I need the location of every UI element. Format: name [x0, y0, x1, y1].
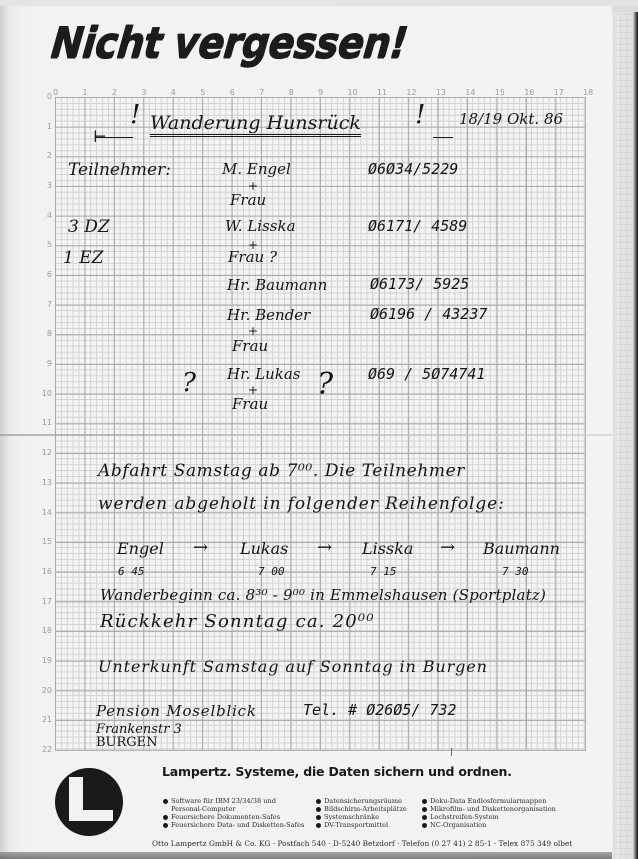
feature-text: DV-Transportmittel: [324, 821, 388, 829]
row-label: 1: [38, 122, 52, 131]
bullet-icon: [163, 823, 168, 828]
row-label: 10: [38, 389, 52, 398]
feature-item: Feuersichere Dokumenten-Safes: [163, 813, 304, 821]
row-label: 16: [38, 567, 52, 576]
feature-text: Datensicherungsräume: [324, 797, 402, 805]
note-title: Wanderung Hunsrück: [150, 114, 361, 137]
bullet-icon: [316, 799, 321, 804]
bullet-icon: [163, 815, 168, 820]
participant-phone: Ø6173/ 5925: [370, 277, 469, 292]
feature-item: Mikrofilm- und Diskettenorganisation: [422, 805, 556, 813]
feature-item: Doku-Data Endlosformularmappen: [422, 797, 556, 805]
feature-list-3: Doku-Data Endlosformularmappen Mikrofilm…: [422, 797, 556, 829]
feature-text: Mikrofilm- und Diskettenorganisation: [430, 805, 556, 813]
feature-text: Lochstreifen-System: [430, 813, 499, 821]
feature-item: NC-Organisation: [422, 821, 556, 829]
row-label: 11: [38, 418, 52, 427]
column-label: 4: [171, 88, 176, 97]
bullet-icon: [422, 807, 427, 812]
feature-item: Systemschränke: [316, 813, 407, 821]
feature-text: NC-Organisation: [430, 821, 486, 829]
participant-partner: Frau: [232, 397, 268, 412]
paper-fold: [0, 434, 612, 436]
column-label: 7: [259, 88, 264, 97]
uncertain-mark-left: ?: [182, 370, 196, 396]
row-label: 12: [38, 448, 52, 457]
column-label: 1: [82, 88, 87, 97]
row-label: 15: [38, 537, 52, 546]
row-label: 9: [38, 359, 52, 368]
feature-item: Feuersichere Data- und Disketten-Safes: [163, 821, 304, 829]
feature-text: Feuersichere Data- und Disketten-Safes: [171, 821, 304, 829]
lodging: Unterkunft Samstag auf Sonntag in Burgen: [98, 659, 488, 675]
column-label: 10: [348, 88, 358, 97]
feature-text: Systemschränke: [324, 813, 379, 821]
headline: Nicht vergessen!: [49, 18, 410, 67]
graph-paper-grid: [55, 97, 586, 751]
column-label: 6: [230, 88, 235, 97]
uncertain-mark-right: ?: [317, 370, 333, 400]
feature-list-2: Datensicherungsräume Bildschirm-Arbeitsp…: [316, 797, 407, 829]
room-count-single: 1 EZ: [63, 250, 103, 267]
row-label: 17: [38, 597, 52, 606]
feature-item: DV-Transportmittel: [316, 821, 407, 829]
arrow-head-left-icon: ⊢: [93, 129, 107, 145]
pickup-time: 7 30: [502, 566, 529, 577]
feature-list-1: Software für IBM 23/34/38 und Personal-C…: [163, 797, 304, 829]
participant-plus: +: [248, 325, 258, 337]
column-label: 3: [141, 88, 146, 97]
row-label: 2: [38, 151, 52, 160]
column-label: 16: [524, 88, 534, 97]
participant-name: Hr. Baumann: [227, 278, 327, 293]
pension-city: BURGEN: [96, 736, 158, 749]
participant-name: Hr. Bender: [227, 308, 310, 323]
column-label: 13: [436, 88, 446, 97]
bullet-icon: [422, 823, 427, 828]
stray-pen-mark: [451, 748, 452, 756]
row-label: 19: [38, 656, 52, 665]
arrow-right-icon: →: [317, 539, 332, 557]
column-label: 12: [406, 88, 416, 97]
bullet-icon: [422, 799, 427, 804]
room-count-double: 3 DZ: [68, 219, 110, 236]
feature-text: Doku-Data Endlosformularmappen: [430, 797, 546, 805]
feature-text: Bildschirm-Arbeitsplätze: [324, 805, 407, 813]
row-label: 3: [38, 181, 52, 190]
feature-item: Lochstreifen-System: [422, 813, 556, 821]
pickup-stop: Lukas: [240, 541, 288, 557]
title-exclamation-left: !: [130, 100, 140, 130]
pickup-time: 7 00: [258, 566, 285, 577]
feature-item-continued: Personal-Computer: [163, 805, 304, 813]
departure-line-2: werden abgeholt in folgender Reihenfolge…: [98, 496, 505, 513]
column-label: 8: [289, 88, 294, 97]
row-label: 5: [38, 240, 52, 249]
feature-text: Software für IBM 23/34/38 und: [171, 797, 276, 805]
participant-partner: Frau ?: [228, 250, 277, 265]
title-exclamation-right: !: [415, 100, 425, 130]
feature-text: Feuersichere Dokumenten-Safes: [171, 813, 280, 821]
participant-name: M. Engel: [222, 162, 291, 177]
logo-letter-l-foot: [69, 810, 113, 821]
column-label: 18: [583, 88, 593, 97]
feature-item: Software für IBM 23/34/38 und: [163, 797, 304, 805]
row-label: 14: [38, 508, 52, 517]
row-label: 7: [38, 300, 52, 309]
column-label: 2: [112, 88, 117, 97]
pickup-stop: Lisska: [362, 541, 413, 557]
top-strip: [0, 0, 638, 6]
row-label: 20: [38, 686, 52, 695]
participant-phone: Ø6171/ 4589: [368, 219, 467, 234]
column-label: 0: [53, 88, 58, 97]
column-label: 11: [377, 88, 387, 97]
participant-partner: Frau: [230, 193, 266, 208]
pickup-stop: Baumann: [483, 541, 560, 557]
row-label: 6: [38, 270, 52, 279]
participants-label: Teilnehmer:: [68, 162, 171, 179]
lampertz-logo: [55, 768, 123, 836]
participant-partner: Frau: [232, 339, 268, 354]
row-label: 18: [38, 626, 52, 635]
row-label: 0: [38, 92, 52, 101]
participant-name: Hr. Lukas: [227, 367, 301, 382]
column-label: 5: [200, 88, 205, 97]
arrow-right-icon: →: [193, 539, 208, 557]
pickup-time: 6 45: [118, 566, 145, 577]
scan-bottom-edge: [0, 852, 612, 859]
feature-item: Bildschirm-Arbeitsplätze: [316, 805, 407, 813]
footer-slogan: Lampertz. Systeme, die Daten sichern und…: [162, 764, 512, 779]
participant-phone: Ø69 / 5Ø74741: [368, 367, 485, 382]
return-time: Rückkehr Sonntag ca. 20⁰⁰: [100, 613, 375, 631]
bullet-icon: [422, 815, 427, 820]
pension-phone: Tel. # Ø26Ø5/ 732: [303, 703, 457, 718]
pension-name: Pension Moselblick: [96, 704, 257, 719]
arrow-right-icon: →: [440, 539, 455, 557]
feature-item: Datensicherungsräume: [316, 797, 407, 805]
bullet-icon: [316, 807, 321, 812]
title-arrow-right: [433, 137, 453, 138]
note-title-text: Wanderung Hunsrück: [150, 112, 361, 134]
participant-name: W. Lisska: [225, 219, 296, 234]
note-date: 18/19 Okt. 86: [459, 112, 563, 127]
bullet-icon: [163, 799, 168, 804]
participant-phone: Ø6Ø34/5229: [368, 162, 458, 177]
paper-edge-grid: [614, 14, 632, 859]
company-address: Otto Lampertz GmbH & Co. KG · Postfach 5…: [152, 839, 572, 848]
bullet-icon: [316, 815, 321, 820]
row-label: 8: [38, 329, 52, 338]
hike-start: Wanderbeginn ca. 8³⁰ - 9⁰⁰ in Emmelshaus…: [100, 588, 546, 603]
column-label: 15: [495, 88, 505, 97]
row-label: 13: [38, 478, 52, 487]
row-label: 4: [38, 211, 52, 220]
departure-line-1: Abfahrt Samstag ab 7⁰⁰. Die Teilnehmer: [98, 463, 465, 480]
participant-phone: Ø6196 / 43237: [370, 307, 487, 322]
pickup-time: 7 15: [370, 566, 397, 577]
pickup-stop: Engel: [117, 541, 164, 557]
column-label: 9: [318, 88, 323, 97]
row-label: 21: [38, 715, 52, 724]
column-label: 17: [554, 88, 564, 97]
feature-text: Personal-Computer: [171, 805, 236, 813]
bullet-icon: [316, 823, 321, 828]
row-label: 22: [38, 745, 52, 754]
column-label: 14: [465, 88, 475, 97]
